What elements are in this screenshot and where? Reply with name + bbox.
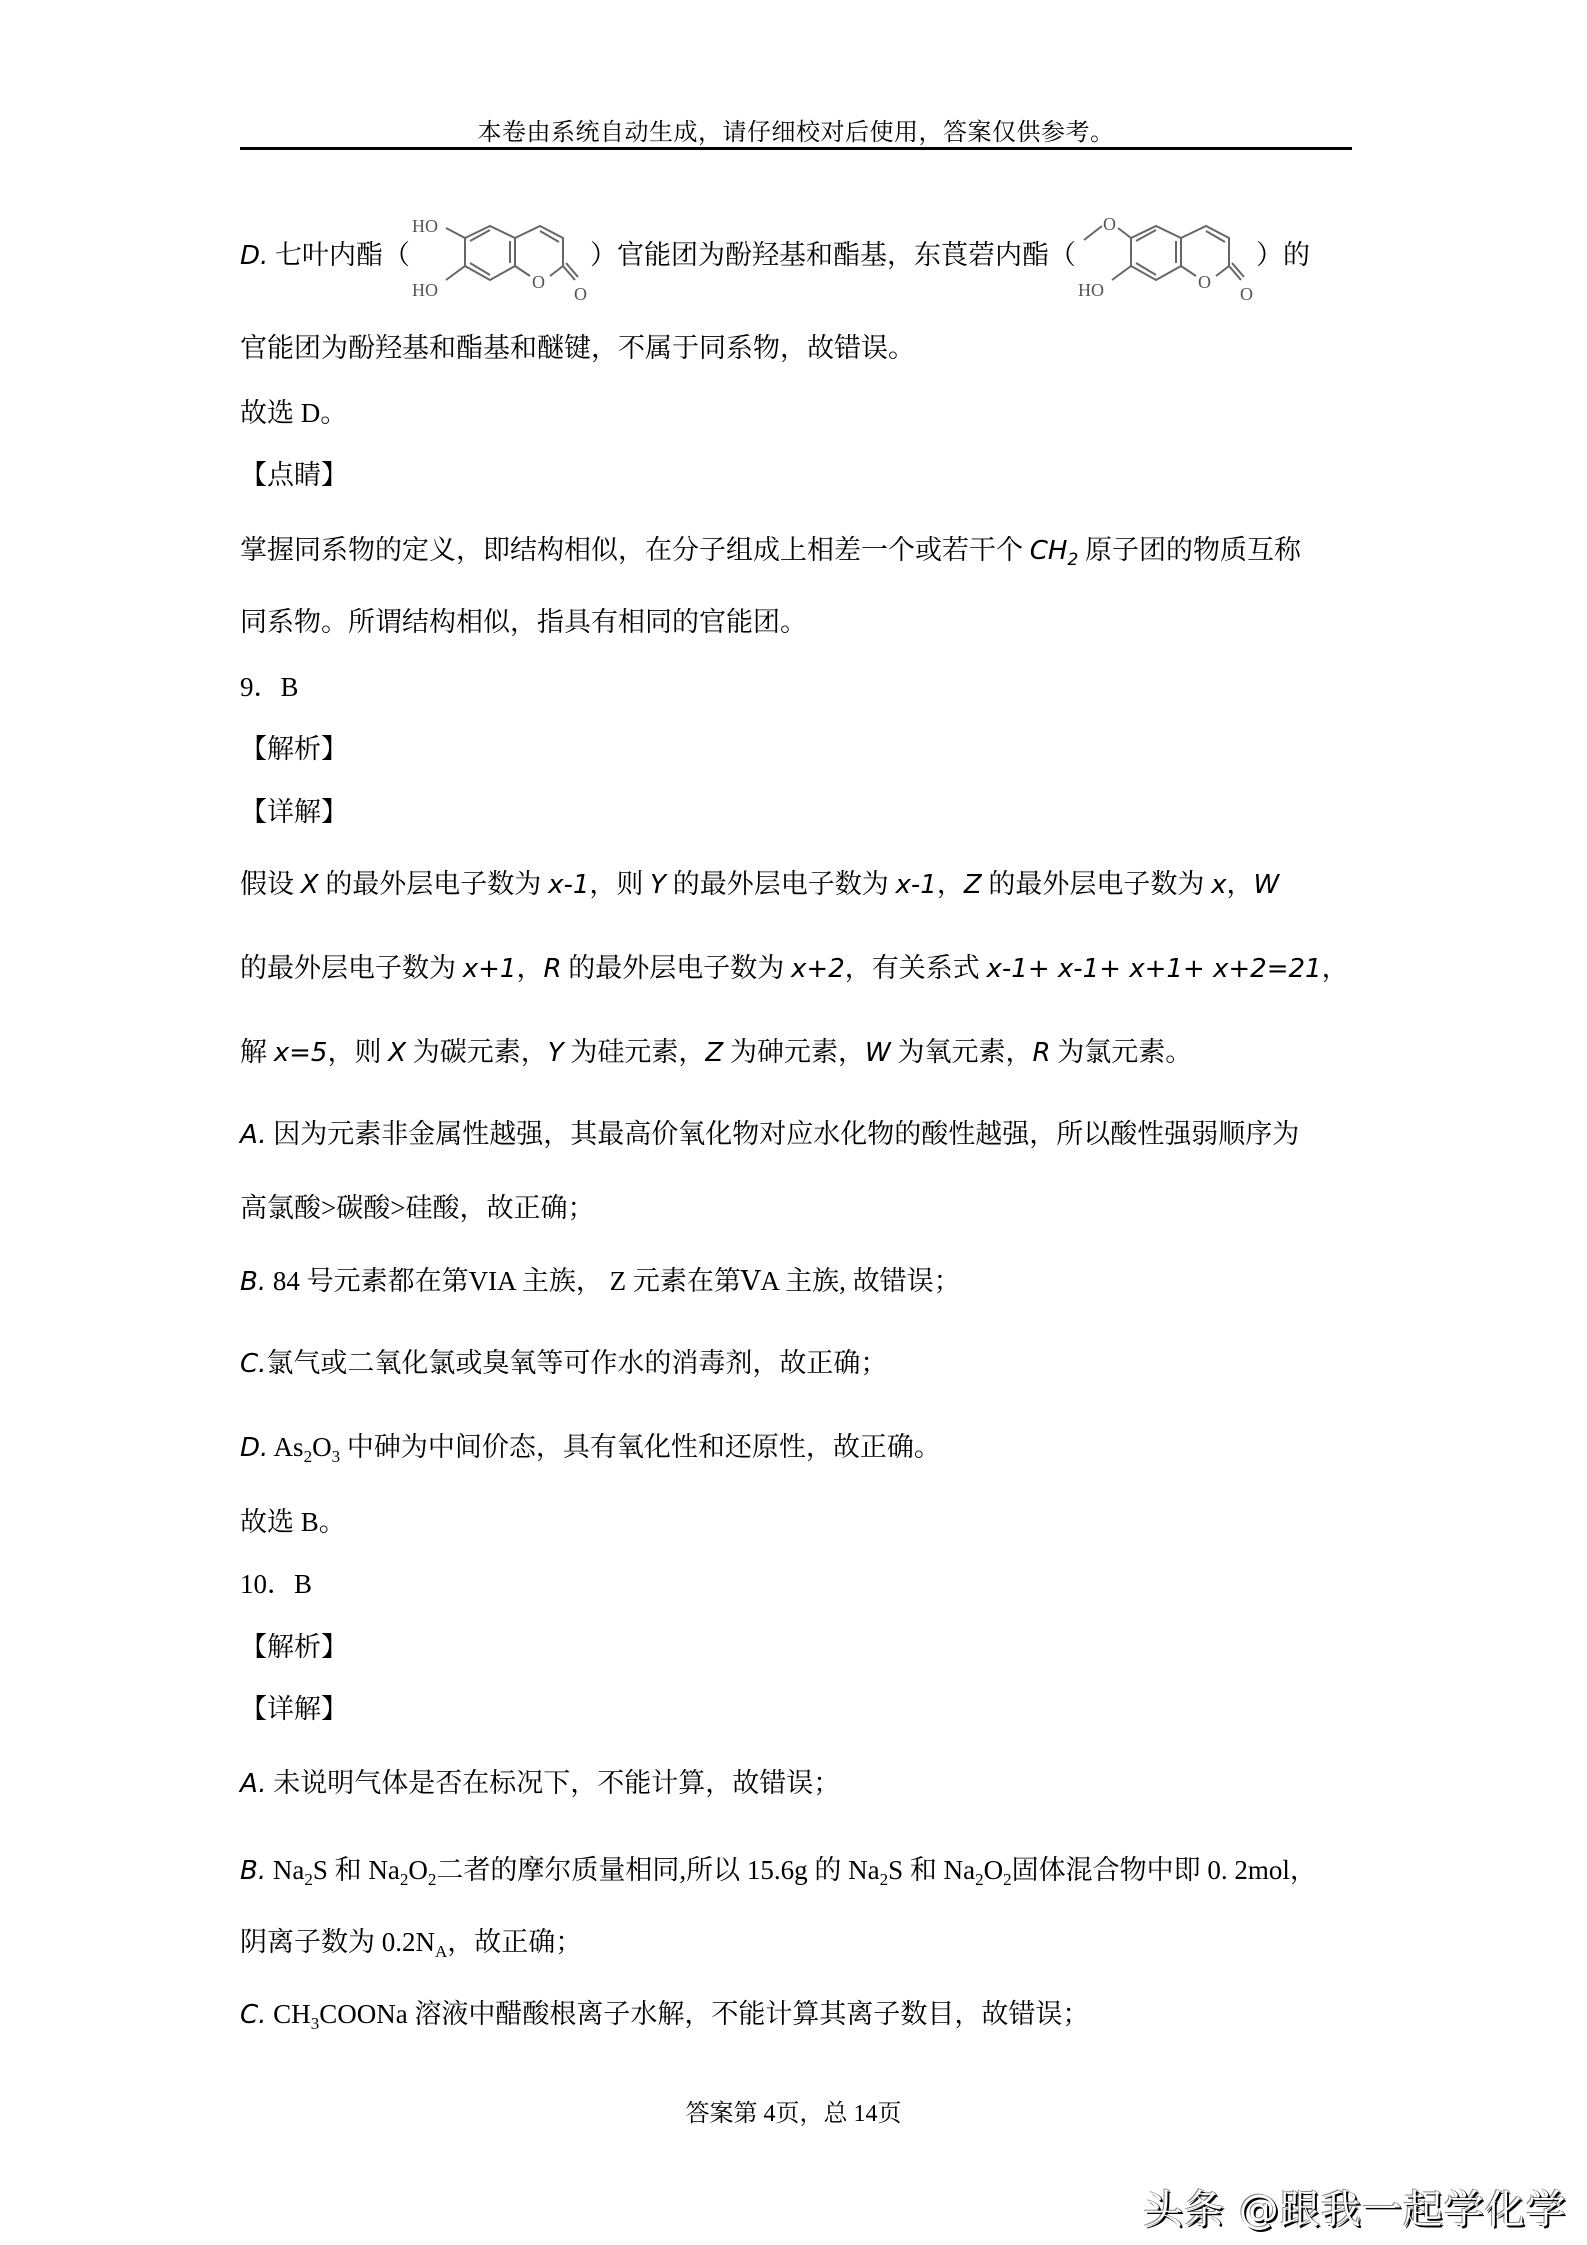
math-var: Z — [705, 1038, 723, 1068]
option-label: B. — [240, 1267, 266, 1297]
math-var: x+2 — [791, 954, 845, 984]
svg-text:O: O — [1198, 272, 1211, 292]
math-var: x+1 — [463, 954, 517, 984]
esculetin-structure-icon: HO HO O O — [410, 218, 590, 298]
q8-option-d-line2: 官能团为酚羟基和酯基和醚键，不属于同系物，故错误。 — [240, 331, 915, 365]
math-var: W — [865, 1038, 891, 1068]
text: ）官能团为酚羟基和酯基，东莨菪内酯（ — [590, 240, 1076, 270]
math-var: X — [301, 870, 319, 900]
math-var: X — [388, 1038, 406, 1068]
header-notice: 本卷由系统自动生成，请仔细校对后使用，答案仅供参考。 — [240, 112, 1352, 147]
q10-option-a: A. 未说明气体是否在标况下，不能计算，故错误； — [240, 1766, 840, 1801]
svg-text:HO: HO — [412, 218, 438, 236]
q10-option-b-line1: B. Na2S 和 Na2O2二者的摩尔质量相同,所以 15.6g 的 Na2S… — [240, 1853, 1317, 1888]
option-label: C. — [240, 1349, 266, 1379]
q9-answer: 9．B — [240, 670, 299, 704]
math-var: x — [1211, 870, 1226, 900]
text: ）的 — [1256, 240, 1310, 270]
q10-option-b-line2: 阴离子数为 0.2NA，故正确； — [240, 1925, 582, 1959]
q9-detail-heading: 【详解】 — [240, 795, 348, 829]
q9-option-d: D. As2O3 中砷为中间价态，具有氧化性和还原性，故正确。 — [240, 1430, 941, 1465]
math-var: Y — [548, 1038, 564, 1068]
math-var: x-1 — [896, 870, 937, 900]
text: 七叶内酯（ — [275, 240, 410, 270]
q10-detail-heading: 【详解】 — [240, 1692, 348, 1726]
q9-para-line1: 假设 X 的最外层电子数为 x-1，则 Y 的最外层电子数为 x-1，Z 的最外… — [240, 867, 1279, 902]
q10-answer: 10．B — [240, 1567, 312, 1601]
q8-option-d-line1: D. 七叶内酯（ HO — [240, 238, 1310, 274]
note-line1: 掌握同系物的定义，即结构相似，在分子组成上相差一个或若干个 CH2 原子团的物质… — [240, 533, 1301, 568]
math-var: R — [1032, 1038, 1050, 1068]
option-label: D. — [240, 241, 268, 271]
q9-option-b: B. 84 号元素都在第VIA 主族， Z 元素在第ⅤA 主族, 故错误； — [240, 1264, 961, 1299]
watermark: 头条 @跟我一起学化学 — [1143, 2178, 1567, 2235]
math-var: R — [543, 954, 561, 984]
header-rule — [240, 147, 1352, 150]
q9-option-c: C.氯气或二氧化氯或臭氧等可作水的消毒剂，故正确； — [240, 1346, 887, 1381]
note-line2: 同系物。所谓结构相似，指具有相同的官能团。 — [240, 605, 807, 639]
option-label: D. — [240, 1433, 268, 1463]
q9-option-a-line2: 高氯酸>碳酸>硅酸，故正确； — [240, 1191, 594, 1225]
svg-text:HO: HO — [412, 280, 438, 300]
document-page: 本卷由系统自动生成，请仔细校对后使用，答案仅供参考。 D. 七叶内酯（ — [0, 0, 1587, 2245]
q8-conclusion: 故选 D。 — [240, 396, 347, 430]
option-label: B. — [240, 1856, 266, 1886]
q9-conclusion: 故选 B。 — [240, 1505, 346, 1539]
svg-text:O: O — [532, 272, 545, 292]
q10-analysis-heading: 【解析】 — [240, 1630, 348, 1664]
svg-text:O: O — [574, 284, 587, 304]
formula: CH2 — [1030, 536, 1079, 566]
q9-option-a-line1: A. 因为元素非金属性越强，其最高价氧化物对应水化物的酸性越强，所以酸性强弱顺序… — [240, 1117, 1299, 1152]
option-label: C. — [240, 2000, 266, 2030]
math-var: Y — [650, 870, 666, 900]
q9-para-line2: 的最外层电子数为 x+1，R 的最外层电子数为 x+2，有关系式 x-1+ x-… — [240, 951, 1349, 986]
q9-para-line3: 解 x=5，则 X 为碳元素，Y 为硅元素，Z 为砷元素，W 为氧元素，R 为氯… — [240, 1035, 1192, 1070]
math-var: x-1 — [548, 870, 589, 900]
option-label: A. — [240, 1769, 267, 1799]
option-label: A. — [240, 1120, 267, 1150]
svg-text:O: O — [1240, 284, 1253, 304]
math-var: x-1+ x-1+ x+1+ x+2=21 — [987, 954, 1322, 984]
math-var: x=5 — [274, 1038, 328, 1068]
q10-option-c: C. CH3COONa 溶液中醋酸根离子水解，不能计算其离子数目，故错误； — [240, 1997, 1089, 2032]
scopoletin-structure-icon: O HO O O — [1076, 218, 1256, 298]
math-var: Z — [964, 870, 982, 900]
math-var: W — [1254, 870, 1280, 900]
q9-analysis-heading: 【解析】 — [240, 732, 348, 766]
svg-text:HO: HO — [1078, 280, 1104, 300]
svg-text:O: O — [1103, 218, 1116, 234]
note-heading: 【点睛】 — [240, 458, 348, 492]
page-footer: 答案第 4页，总 14页 — [0, 2093, 1587, 2128]
